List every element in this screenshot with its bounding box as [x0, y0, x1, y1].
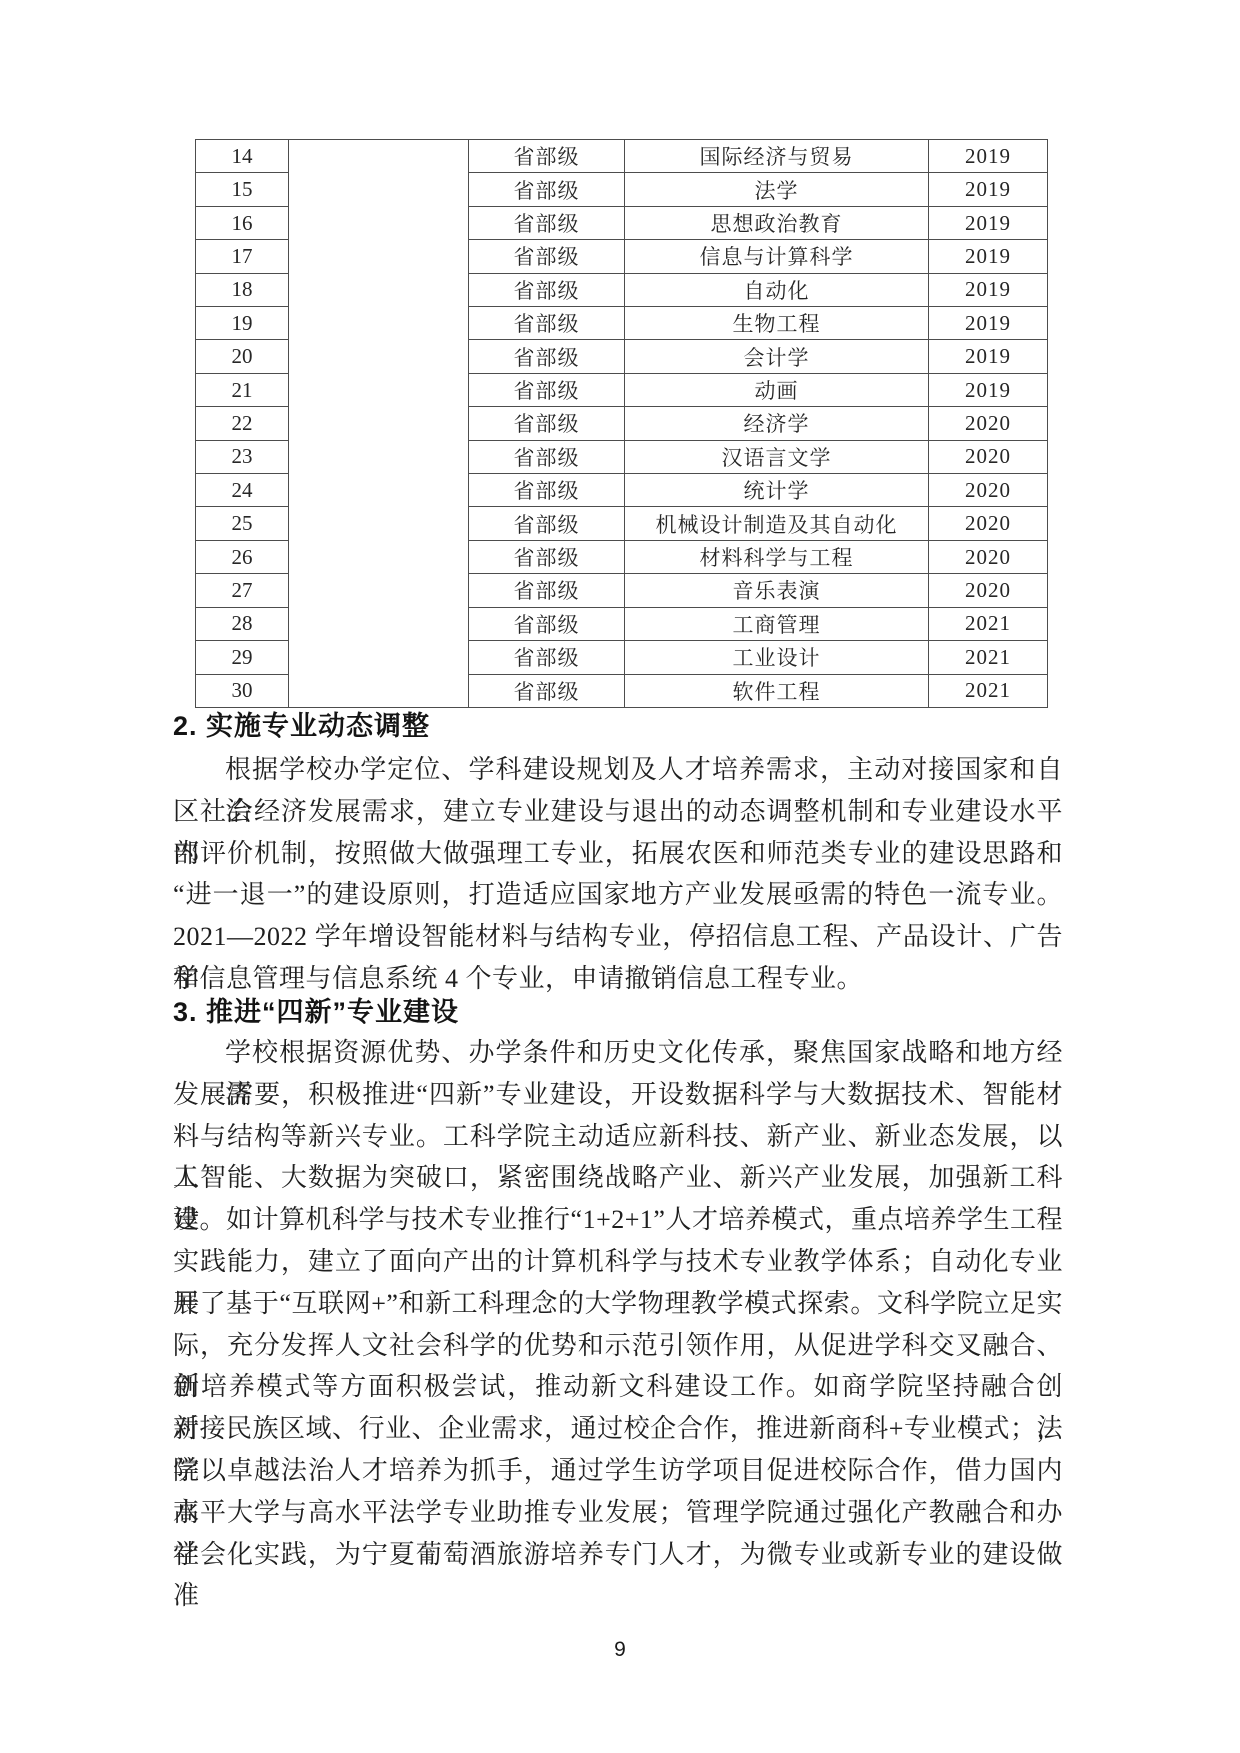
cell-level: 省部级 [469, 574, 625, 607]
paragraph-line: 院以卓越法治人才培养为抓手，通过学生访学项目促进校际合作，借力国内高 [173, 1450, 1063, 1492]
cell-major: 工业设计 [625, 641, 929, 674]
cell-number: 14 [196, 140, 289, 173]
cell-level: 省部级 [469, 407, 625, 440]
cell-year: 2020 [929, 540, 1048, 573]
cell-level: 省部级 [469, 641, 625, 674]
cell-level: 省部级 [469, 273, 625, 306]
paragraph-block: 根据学校办学定位、学科建设规划及人才培养需求，主动对接国家和自治区社会经济发展需… [173, 749, 1063, 1000]
cell-year: 2020 [929, 407, 1048, 440]
cell-major: 国际经济与贸易 [625, 140, 929, 173]
cell-number: 26 [196, 540, 289, 573]
paragraph-line: 区社会经济发展需求，建立专业建设与退出的动态调整机制和专业建设水平内 [173, 791, 1063, 833]
cell-number: 29 [196, 641, 289, 674]
majors-table: 14省部级国际经济与贸易201915省部级法学201916省部级思想政治教育20… [195, 139, 1048, 708]
cell-year: 2020 [929, 474, 1048, 507]
cell-number: 15 [196, 173, 289, 206]
paragraph-line: 和信息管理与信息系统 4 个专业，申请撤销信息工程专业。 [173, 958, 1063, 1000]
cell-level: 省部级 [469, 340, 625, 373]
paragraph-line: 学校根据资源优势、办学条件和历史文化传承，聚焦国家战略和地方经济 [173, 1032, 1063, 1074]
cell-level: 省部级 [469, 674, 625, 708]
paragraph-line: 2021—2022 学年增设智能材料与结构专业，停招信息工程、产品设计、广告学 [173, 916, 1063, 958]
paragraph-line: 对接民族区域、行业、企业需求，通过校企合作，推进新商科+专业模式；法学 [173, 1408, 1063, 1450]
cell-major: 思想政治教育 [625, 206, 929, 239]
paragraph-line: 际，充分发挥人文社会科学的优势和示范引领作用，从促进学科交叉融合、创 [173, 1325, 1063, 1367]
cell-level: 省部级 [469, 440, 625, 473]
cell-number: 21 [196, 373, 289, 406]
cell-major: 音乐表演 [625, 574, 929, 607]
cell-year: 2020 [929, 574, 1048, 607]
cell-year: 2019 [929, 140, 1048, 173]
paragraph-line: 实践能力，建立了面向产出的计算机科学与技术专业教学体系；自动化专业开 [173, 1241, 1063, 1283]
cell-number: 18 [196, 273, 289, 306]
cell-number: 25 [196, 507, 289, 540]
paragraph-line: 工智能、大数据为突破口，紧密围绕战略产业、新兴产业发展，加强新工科建 [173, 1157, 1063, 1199]
cell-merged-empty [289, 140, 469, 708]
cell-major: 统计学 [625, 474, 929, 507]
paragraph-line: 部评价机制，按照做大做强理工专业，拓展农医和师范类专业的建设思路和 [173, 833, 1063, 875]
cell-level: 省部级 [469, 173, 625, 206]
cell-major: 汉语言文学 [625, 440, 929, 473]
paragraph-line: 料与结构等新兴专业。工科学院主动适应新科技、新产业、新业态发展，以人 [173, 1116, 1063, 1158]
cell-year: 2019 [929, 340, 1048, 373]
cell-level: 省部级 [469, 373, 625, 406]
paragraph-line: 新培养模式等方面积极尝试，推动新文科建设工作。如商学院坚持融合创新， [173, 1366, 1063, 1408]
cell-number: 30 [196, 674, 289, 708]
cell-major: 材料科学与工程 [625, 540, 929, 573]
cell-number: 16 [196, 206, 289, 239]
cell-level: 省部级 [469, 140, 625, 173]
cell-major: 软件工程 [625, 674, 929, 708]
cell-level: 省部级 [469, 540, 625, 573]
page-number: 9 [0, 1638, 1240, 1662]
paragraph-block: 学校根据资源优势、办学条件和历史文化传承，聚焦国家战略和地方经济发展需要，积极推… [173, 1032, 1063, 1575]
cell-major: 动画 [625, 373, 929, 406]
table-row: 14省部级国际经济与贸易2019 [196, 140, 1048, 173]
cell-major: 经济学 [625, 407, 929, 440]
cell-number: 28 [196, 607, 289, 640]
cell-level: 省部级 [469, 206, 625, 239]
paragraph-line: 展了基于“互联网+”和新工科理念的大学物理教学模式探索。文科学院立足实 [173, 1283, 1063, 1325]
cell-year: 2019 [929, 173, 1048, 206]
cell-major: 工商管理 [625, 607, 929, 640]
cell-year: 2021 [929, 641, 1048, 674]
cell-level: 省部级 [469, 474, 625, 507]
section-heading-3: 3. 推进“四新”专业建设 [173, 997, 1067, 1027]
document-page: 14省部级国际经济与贸易201915省部级法学201916省部级思想政治教育20… [0, 0, 1240, 1753]
cell-year: 2019 [929, 240, 1048, 273]
paragraph-line: “进一退一”的建设原则，打造适应国家地方产业发展亟需的特色一流专业。 [173, 874, 1063, 916]
cell-year: 2019 [929, 307, 1048, 340]
paragraph-line: 社会化实践，为宁夏葡萄酒旅游培养专门人才，为微专业或新专业的建设做准 [173, 1534, 1063, 1576]
cell-major: 信息与计算科学 [625, 240, 929, 273]
section-heading-2: 2. 实施专业动态调整 [173, 711, 1067, 741]
cell-year: 2020 [929, 440, 1048, 473]
cell-major: 自动化 [625, 273, 929, 306]
cell-year: 2019 [929, 273, 1048, 306]
paragraph-line: 水平大学与高水平法学专业助推专业发展；管理学院通过强化产教融合和办学 [173, 1492, 1063, 1534]
cell-major: 会计学 [625, 340, 929, 373]
cell-number: 24 [196, 474, 289, 507]
cell-level: 省部级 [469, 240, 625, 273]
cell-number: 20 [196, 340, 289, 373]
paragraph-line: 根据学校办学定位、学科建设规划及人才培养需求，主动对接国家和自治 [173, 749, 1063, 791]
cell-major: 机械设计制造及其自动化 [625, 507, 929, 540]
cell-year: 2021 [929, 607, 1048, 640]
cell-level: 省部级 [469, 607, 625, 640]
cell-level: 省部级 [469, 507, 625, 540]
cell-major: 生物工程 [625, 307, 929, 340]
paragraph-line: 发展需要，积极推进“四新”专业建设，开设数据科学与大数据技术、智能材 [173, 1074, 1063, 1116]
cell-year: 2020 [929, 507, 1048, 540]
cell-number: 22 [196, 407, 289, 440]
cell-number: 23 [196, 440, 289, 473]
cell-number: 19 [196, 307, 289, 340]
cell-year: 2019 [929, 373, 1048, 406]
cell-number: 27 [196, 574, 289, 607]
cell-major: 法学 [625, 173, 929, 206]
paragraph-line: 设。如计算机科学与技术专业推行“1+2+1”人才培养模式，重点培养学生工程 [173, 1199, 1063, 1241]
cell-level: 省部级 [469, 307, 625, 340]
cell-number: 17 [196, 240, 289, 273]
cell-year: 2019 [929, 206, 1048, 239]
cell-year: 2021 [929, 674, 1048, 708]
